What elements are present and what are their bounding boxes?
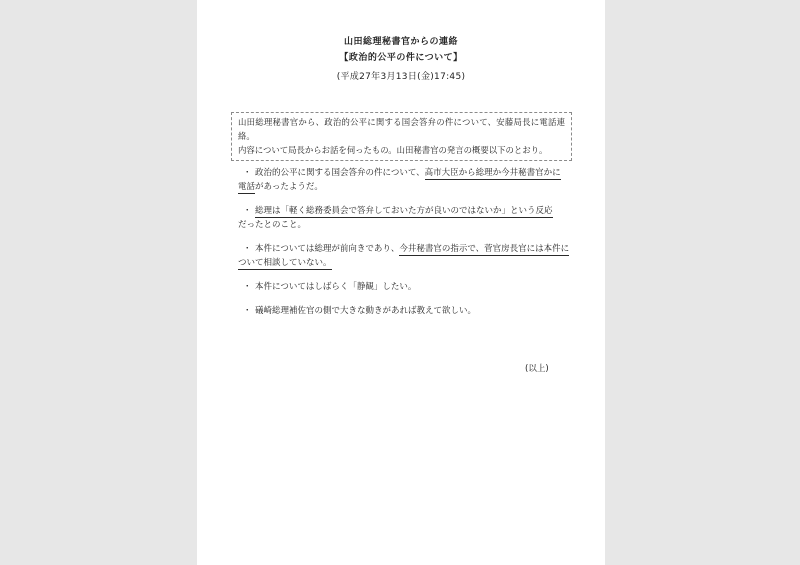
closing-text: (以上) [525, 362, 549, 374]
document-page: 山田総理秘書官からの連絡 【政治的公平の件について】 (平成27年3月13日(金… [197, 0, 605, 565]
bullet-text-underlined: 電話 [238, 182, 255, 194]
document-title-line1: 山田総理秘書官からの連絡 [197, 34, 605, 50]
bullet-text: 本件については総理が前向きであり、 [255, 244, 399, 254]
bullet-item-4: ・本件についてはしばらく「静観」したい。 [238, 280, 572, 294]
bullet-text-underlined: ついて相談していない。 [238, 258, 332, 270]
document-header: 山田総理秘書官からの連絡 【政治的公平の件について】 (平成27年3月13日(金… [197, 34, 605, 84]
bullet-text: があったようだ。 [255, 182, 323, 192]
bullet-marker: ・ [238, 204, 255, 218]
bullet-text: 政治的公平に関する国会答弁の件について、 [255, 168, 425, 178]
bullet-marker: ・ [238, 304, 255, 318]
bullet-item-3: ・本件については総理が前向きであり、今井秘書官の指示で、菅官房長官には本件につい… [238, 242, 572, 270]
document-title-line2: 【政治的公平の件について】 [197, 50, 605, 66]
bullet-item-5: ・礒崎総理補佐官の側で大きな動きがあれば教えて欲しい。 [238, 304, 572, 318]
bullet-item-2: ・総理は「軽く総務委員会で答弁しておいた方が良いのではないか」という反応だったと… [238, 204, 572, 232]
summary-box: 山田総理秘書官から、政治的公平に関する国会答弁の件について、安藤局長に電話連絡。… [231, 112, 572, 161]
summary-line2: 内容について局長からお話を伺ったもの。山田秘書官の発言の概要以下のとおり。 [238, 143, 565, 157]
bullet-text: 礒崎総理補佐官の側で大きな動きがあれば教えて欲しい。 [255, 306, 476, 316]
bullet-text: だったとのこと。 [238, 220, 306, 230]
bullet-text-underlined: 総理は「軽く総務委員会で答弁しておいた方が良いのではないか」という反応 [255, 206, 553, 218]
bullet-marker: ・ [238, 280, 255, 294]
bullet-marker: ・ [238, 242, 255, 256]
bullet-marker: ・ [238, 166, 255, 180]
document-date: (平成27年3月13日(金)17:45) [197, 70, 605, 84]
bullet-text: 本件についてはしばらく「静観」したい。 [255, 282, 416, 292]
summary-line1: 山田総理秘書官から、政治的公平に関する国会答弁の件について、安藤局長に電話連絡。 [238, 115, 565, 143]
bullet-list: ・政治的公平に関する国会答弁の件について、高市大臣から総理か今井秘書官かに電話が… [238, 166, 572, 328]
bullet-text-underlined: 高市大臣から総理か今井秘書官かに [425, 168, 561, 180]
bullet-item-1: ・政治的公平に関する国会答弁の件について、高市大臣から総理か今井秘書官かに電話が… [238, 166, 572, 194]
bullet-text-underlined: 今井秘書官の指示で、菅官房長官には本件に [399, 244, 569, 256]
